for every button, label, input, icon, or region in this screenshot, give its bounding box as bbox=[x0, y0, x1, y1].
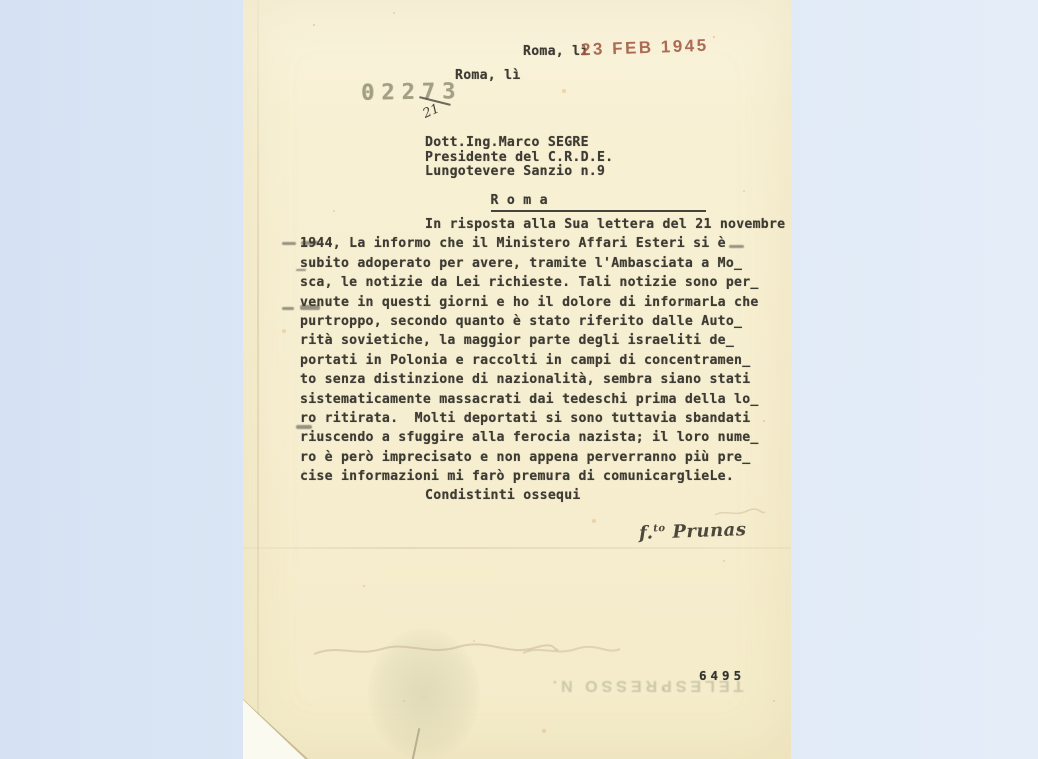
bleedthrough-telespresso-text: TELESPRESSO N. bbox=[501, 676, 791, 694]
letter-body: In risposta alla Sua lettera del 21 nove… bbox=[300, 215, 778, 506]
recipient-street: Lungotevere Sanzio n.9 bbox=[425, 165, 706, 180]
protocol-number-stamp: 02273 bbox=[361, 79, 463, 106]
body-line: portati in Polonia e raccolti in campi d… bbox=[300, 351, 778, 370]
signature-name: Prunas bbox=[665, 519, 746, 543]
recipient-name: Dott.Ing.Marco SEGRE bbox=[425, 136, 706, 151]
dateline-top: Roma, lì bbox=[523, 44, 589, 59]
body-line: to senza distinzione di nazionalità, sem… bbox=[300, 370, 778, 389]
body-line: riuscendo a sfuggire alla ferocia nazist… bbox=[300, 428, 778, 447]
dateline-second: Roma, lì bbox=[455, 68, 521, 83]
body-line: ro ritirata. Molti deportati si sono tut… bbox=[300, 409, 778, 428]
body-line: sistematicamente massacrati dai tedeschi… bbox=[300, 390, 778, 409]
signature-line: f.to Prunas bbox=[639, 519, 747, 544]
ink-smudge bbox=[282, 242, 296, 245]
footer-number-stamp: 6495 bbox=[699, 668, 745, 683]
body-line: subito adoperato per avere, tramite l'Am… bbox=[300, 254, 778, 273]
vertical-fold-crease bbox=[257, 0, 259, 759]
body-line: venute in questi giorni e ho il dolore d… bbox=[300, 293, 778, 312]
ink-smudge bbox=[282, 307, 294, 310]
received-date-stamp: 23 FEB 1945 bbox=[581, 36, 709, 60]
closing-salutation: Condistinti ossequi bbox=[300, 486, 778, 505]
scanned-letter-page: TELESPRESSO N. Roma, lì 23 FEB 1945 Roma… bbox=[0, 0, 1038, 759]
body-line: ro è però imprecisato e non appena perve… bbox=[300, 448, 778, 467]
body-line: sca, le notizie da Lei richieste. Tali n… bbox=[300, 273, 778, 292]
horizontal-fold-crease bbox=[243, 547, 791, 549]
body-line: In risposta alla Sua lettera del 21 nove… bbox=[300, 215, 778, 234]
body-line: purtroppo, secondo quanto è stato riferi… bbox=[300, 312, 778, 331]
body-line: 1944, La informo che il Ministero Affari… bbox=[300, 234, 778, 253]
signature-prefix: f. bbox=[639, 522, 654, 543]
recipient-title: Presidente del C.R.D.E. bbox=[425, 151, 706, 166]
body-line: rità sovietiche, la maggior parte degli … bbox=[300, 331, 778, 350]
body-line: cise informazioni mi farò premura di com… bbox=[300, 467, 778, 486]
recipient-address-block: Dott.Ing.Marco SEGRE Presidente del C.R.… bbox=[425, 136, 706, 227]
signature-superscript: to bbox=[653, 523, 666, 534]
bleedthrough-handwriting-squiggle bbox=[713, 506, 767, 520]
bleedthrough-handwriting-squiggle bbox=[520, 643, 624, 659]
recipient-city: R o m a bbox=[491, 194, 706, 212]
letter-paper: TELESPRESSO N. Roma, lì 23 FEB 1945 Roma… bbox=[243, 0, 791, 759]
